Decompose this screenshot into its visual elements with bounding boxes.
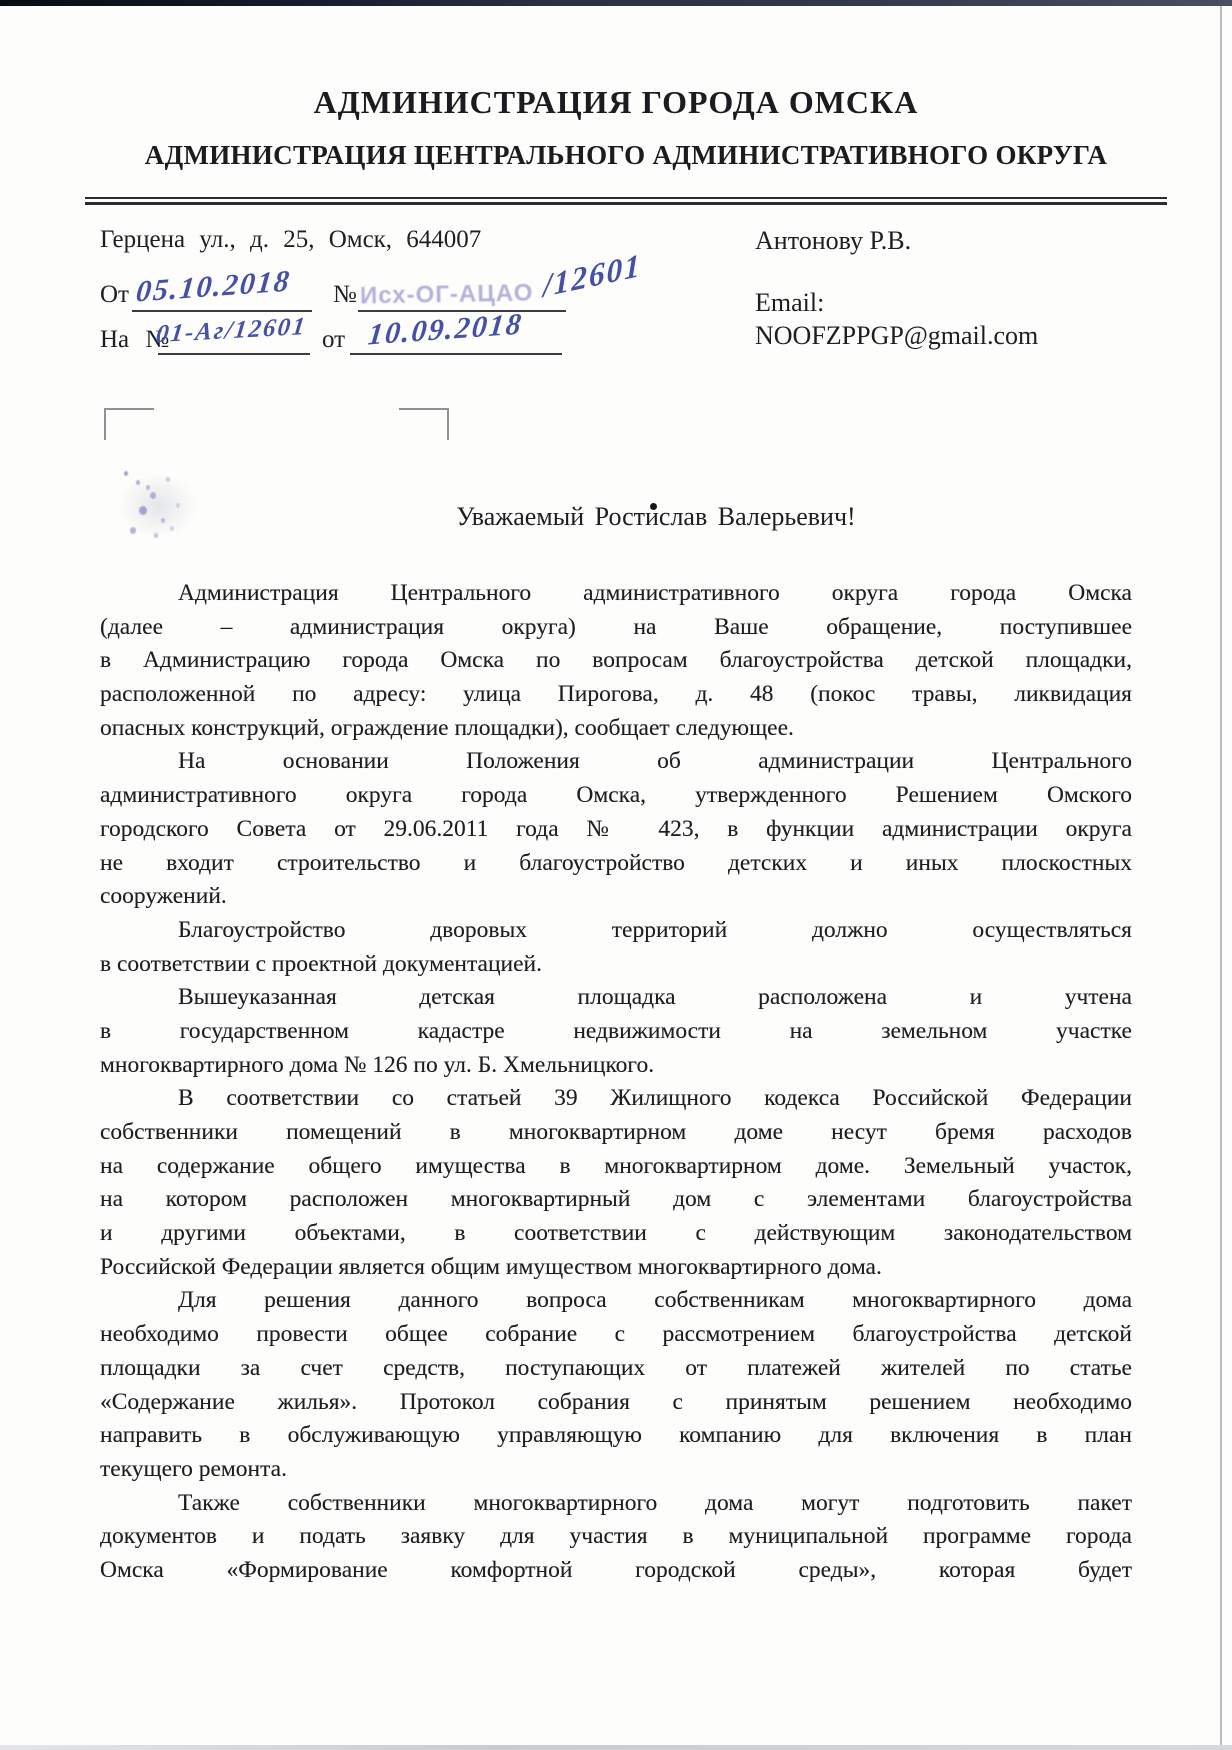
scan-edge-bottom-artifact: [0, 1745, 1232, 1750]
letter-text-line: сооружений.: [100, 880, 1132, 914]
letter-body: Администрация Центрального административ…: [100, 577, 1132, 1588]
recipient-email-address: NOOFZPPGP@gmail.com: [755, 321, 1038, 351]
address-window-corner-left: [104, 408, 154, 440]
reply-to-date-underline: [350, 353, 562, 355]
letter-text-line: (далее – администрация округа) на Ваше о…: [100, 611, 1132, 645]
outgoing-number-handwritten: /12601: [543, 246, 642, 305]
letterhead-subdivision-title: АДМИНИСТРАЦИЯ ЦЕНТРАЛЬНОГО АДМИНИСТРАТИВ…: [40, 140, 1212, 171]
letter-text-line: площадки за счет средств, поступающих от…: [100, 1352, 1132, 1386]
reply-to-number-handwritten: 01-Аг/12601: [154, 313, 308, 349]
letter-text-line: опасных конструкций, ограждение площадки…: [100, 712, 1132, 746]
ink-dot-artifact: [650, 503, 657, 510]
sender-postal-address: Герцена ул., д. 25, Омск, 644007: [100, 226, 481, 254]
letter-text-line: городского Совета от 29.06.2011 года № 4…: [100, 813, 1132, 847]
letter-text-line: Администрация Центрального административ…: [100, 577, 1132, 611]
outgoing-date-label: От: [100, 281, 129, 309]
letter-text-line: Благоустройство дворовых территорий долж…: [100, 914, 1132, 948]
outgoing-date-underline: [132, 310, 312, 312]
letterhead-divider-rule: [85, 197, 1167, 205]
letter-text-line: в Администрацию города Омска по вопросам…: [100, 644, 1132, 678]
letter-text-line: Омска «Формирование комфортной городской…: [100, 1554, 1132, 1588]
scan-edge-right-artifact: [1220, 6, 1222, 1746]
letter-text-line: В соответствии со статьей 39 Жилищного к…: [100, 1082, 1132, 1116]
letter-text-line: расположенной по адресу: улица Пирогова,…: [100, 678, 1132, 712]
letter-text-line: и другими объектами, в соответствии с де…: [100, 1217, 1132, 1251]
reply-to-date-handwritten: 10.09.2018: [366, 307, 524, 352]
letterhead-org-title: АДМИНИСТРАЦИЯ ГОРОДА ОМСКА: [40, 84, 1192, 121]
letter-text-line: Вышеуказанная детская площадка расположе…: [100, 981, 1132, 1015]
letter-text-line: текущего ремонта.: [100, 1453, 1132, 1487]
letter-text-line: в соответствии с проектной документацией…: [100, 948, 1132, 982]
outgoing-number-stamp: Исх-ОГ-АЦАО: [360, 279, 534, 310]
letter-text-line: На основании Положения об администрации …: [100, 745, 1132, 779]
letter-text-line: Также собственники многоквартирного дома…: [100, 1487, 1132, 1521]
letter-text-line: на котором расположен многоквартирный до…: [100, 1183, 1132, 1217]
letter-text-line: на содержание общего имущества в многокв…: [100, 1150, 1132, 1184]
recipient-name: Антонову Р.В.: [755, 226, 911, 256]
letter-text-line: необходимо провести общее собрание с рас…: [100, 1318, 1132, 1352]
letter-text-line: многоквартирного дома № 126 по ул. Б. Хм…: [100, 1049, 1132, 1083]
letter-text-line: Для решения данного вопроса собственника…: [100, 1284, 1132, 1318]
recipient-email-label: Email:: [755, 288, 824, 318]
outgoing-number-label: №: [333, 281, 357, 309]
letter-text-line: не входит строительство и благоустройств…: [100, 847, 1132, 881]
address-window-corner-right: [399, 408, 449, 440]
letter-text-line: Российской Федерации является общим имущ…: [100, 1251, 1132, 1285]
letter-text-line: документов и подать заявку для участия в…: [100, 1520, 1132, 1554]
reply-to-number-underline: [158, 353, 310, 355]
letter-text-line: собственники помещений в многоквартирном…: [100, 1116, 1132, 1150]
scanned-letter-page: АДМИНИСТРАЦИЯ ГОРОДА ОМСКА АДМИНИСТРАЦИЯ…: [0, 0, 1232, 1750]
letter-text-line: в государственном кадастре недвижимости …: [100, 1015, 1132, 1049]
letter-text-line: «Содержание жилья». Протокол собрания с …: [100, 1386, 1132, 1420]
scan-edge-top-artifact: [0, 0, 1232, 6]
outgoing-date-handwritten: 05.10.2018: [134, 264, 292, 309]
letter-text-line: административного округа города Омска, у…: [100, 779, 1132, 813]
letter-text-line: направить в обслуживающую управляющую ко…: [100, 1419, 1132, 1453]
reply-to-date-label: от: [322, 326, 345, 354]
